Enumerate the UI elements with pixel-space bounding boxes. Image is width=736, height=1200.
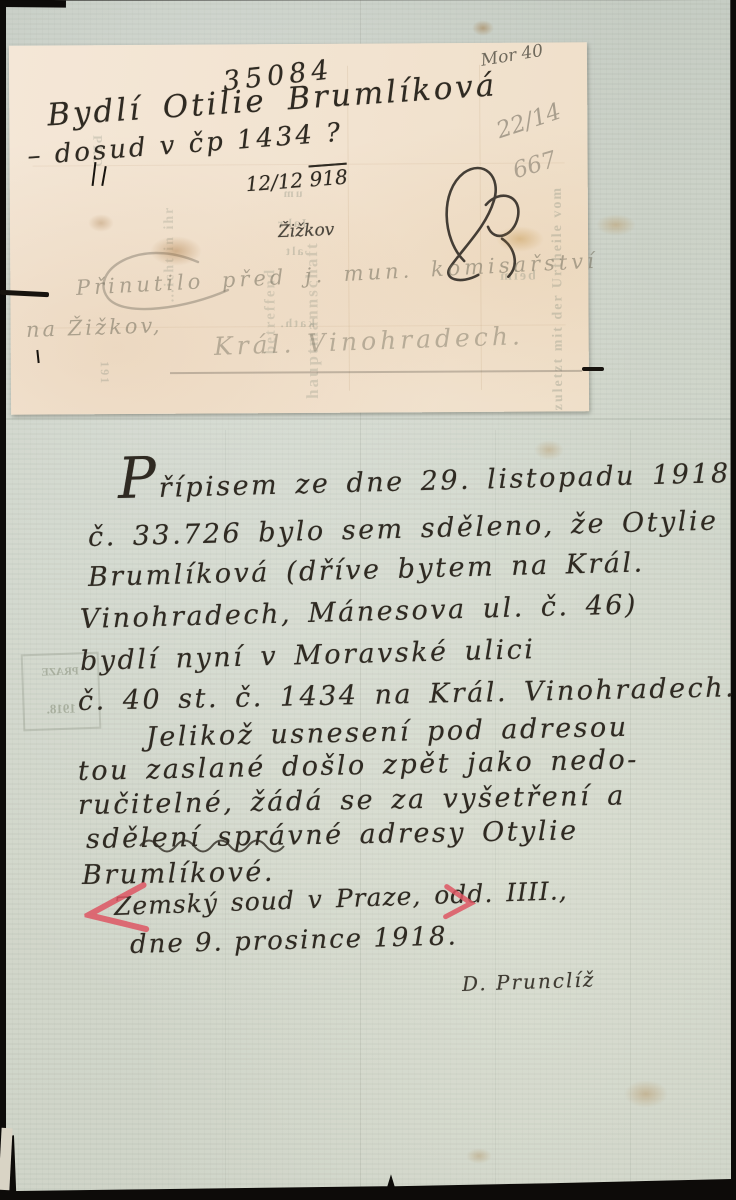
note-faint-line2: na Žižkov, [26, 313, 163, 342]
red-open-chevron [81, 881, 152, 940]
under-sheet-sliver [0, 1128, 13, 1190]
note-date-prefix: 12/12 [245, 168, 304, 196]
note-date: 12/12 918 [245, 165, 349, 197]
top-left-shadow-wedge [0, 0, 66, 8]
stamp-year-text: 1918. [47, 700, 77, 717]
scanned-document: PRAZE 1918. zuletzt mit der Urtheile vom… [0, 0, 736, 1200]
attached-note-paper: zuletzt mit der Urtheile vom hauptmannsc… [9, 42, 589, 415]
print-column-ghost [630, 430, 631, 1190]
note-pencil-code: Mor 40 [479, 41, 544, 71]
strikethrough-scribble [138, 832, 303, 854]
ink-dash [582, 367, 604, 371]
note-date-year: 918 [309, 165, 349, 192]
ghost-print-191: 191 [97, 361, 112, 407]
red-close-chevron [439, 882, 479, 926]
horizontal-crease [6, 418, 731, 420]
note-place: Žižkov [278, 220, 335, 242]
stamp-city-text: PRAZE [41, 666, 79, 679]
letter-signature: D. Prunclíž [462, 967, 596, 996]
